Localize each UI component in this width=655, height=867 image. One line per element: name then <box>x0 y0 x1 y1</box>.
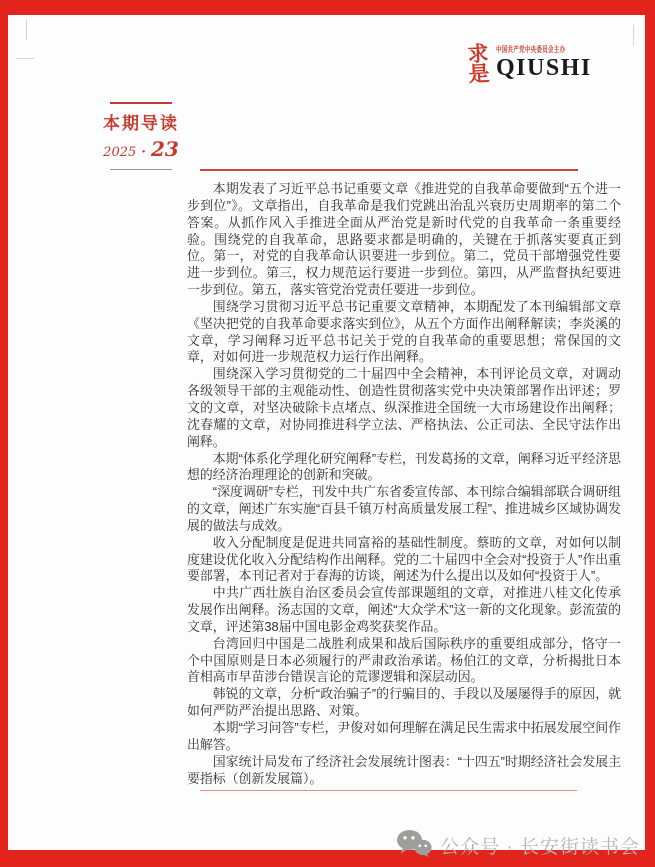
guide-paragraph: 收入分配制度是促进共同富裕的基础性制度。蔡昉的文章，对如何以制度建设优化收入分配… <box>187 535 621 586</box>
issue-separator: · <box>141 145 146 160</box>
guide-box-bottom-rule <box>110 169 172 170</box>
crop-mark <box>26 19 27 40</box>
watermark-text: 公众号 · 长安街读书会 <box>440 832 640 859</box>
issue-guide-box: 本期导读 2025 · 23 <box>94 102 188 170</box>
guide-paragraph: 围绕学习贯彻习近平总书记重要文章精神，本期配发了本刊编辑部文章《坚决把党的自我革… <box>187 299 621 366</box>
crop-mark <box>16 58 34 59</box>
guide-paragraph: 本期“学习问答”专栏，尹俊对如何理解在满足民生需求中拓展发展空间作出解答。 <box>187 720 621 754</box>
content-top-rule <box>200 169 578 171</box>
crop-mark <box>598 8 638 9</box>
crop-mark <box>633 25 634 46</box>
guide-box-top-rule <box>110 102 172 104</box>
qiushi-wordmark: QIUSHI <box>496 56 598 80</box>
wechat-icon <box>396 829 432 862</box>
guide-paragraph: 韩锐的文章，分析“政治骗子”的行骗目的、手段以及屡屡得手的原因，就如何严防严治提… <box>187 686 621 720</box>
qiushi-masthead: 求 是 中国共产党中央委员会主办 QIUSHI <box>468 44 598 84</box>
content-bottom-rule <box>200 790 577 791</box>
guide-paragraph: 本期“体系化学理化研究阐释”专栏，刊发葛扬的文章，阐释习近平经济思想的经济治理理… <box>187 451 621 485</box>
issue-year: 2025 <box>103 145 136 160</box>
guide-paragraph: 台湾回归中国是二战胜利成果和战后国际秩序的重要组成部分，恪守一个中国原则是日本必… <box>187 636 621 687</box>
guide-paragraph: “深度调研”专栏，刊发中共广东省委宣传部、本刊综合编辑部联合调研组的文章，阐述广… <box>187 484 621 535</box>
guide-paragraph: 围绕深入学习贯彻党的二十届四中全会精神，本刊评论员文章，对调动各级领导干部的主观… <box>187 366 621 450</box>
organizer-line: 中国共产党中央委员会主办 <box>496 44 565 55</box>
guide-paragraph: 本期发表了习近平总书记重要文章《推进党的自我革命要做到“五个进一步到位”》。文章… <box>187 181 621 299</box>
guide-content: 本期发表了习近平总书记重要文章《推进党的自我革命要做到“五个进一步到位”》。文章… <box>187 181 621 787</box>
seal-char-bottom: 是 <box>468 63 490 84</box>
magazine-page: 求 是 中国共产党中央委员会主办 QIUSHI 本期导读 2025 · 23 本… <box>0 0 655 867</box>
guide-box-title: 本期导读 <box>94 115 188 134</box>
issue-no: 23 <box>151 137 179 161</box>
guide-paragraph: 国家统计局发布了经济社会发展统计图表：“十四五”时期经济社会发展主要指标（创新发… <box>187 754 621 788</box>
wechat-watermark: 公众号 · 长安街读书会 <box>396 829 640 862</box>
qiushi-seal-logo: 求 是 <box>467 43 490 84</box>
guide-paragraph: 中共广西壮族自治区委员会宣传部课题组的文章，对推进八桂文化传承发展作出阐释。汤志… <box>187 585 621 636</box>
issue-number: 2025 · 23 <box>94 138 188 160</box>
